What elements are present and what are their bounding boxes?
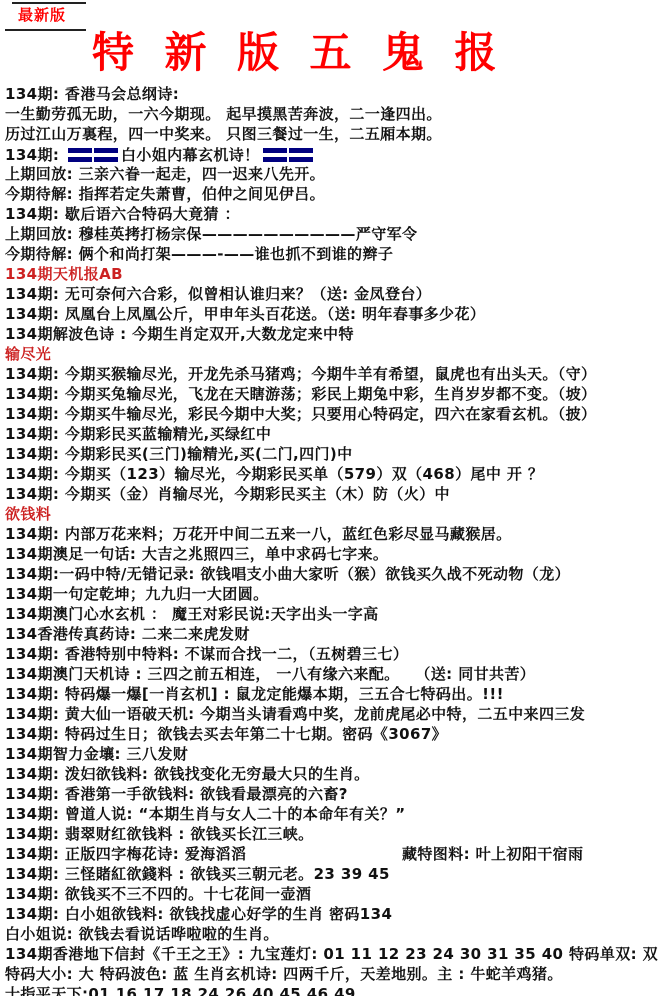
- section-heading: 134期天机报AB: [5, 264, 670, 284]
- report-line: 134期: 欲钱买不三不四的。十七花间一壶酒: [5, 884, 670, 904]
- report-line: 134期香港地下信封《千王之王》: 九宝莲灯: 01 11 12 23 24 3…: [5, 944, 670, 964]
- report-line: 134期一句定乾坤；九九归一大团圆。: [5, 584, 670, 604]
- report-line: 今期待解: 俩个和尚打架———-——谁也抓不到谁的辫子: [5, 244, 670, 264]
- report-line: 134期: 香港马会总纲诗:: [5, 84, 670, 104]
- section-heading: 输尽光: [5, 344, 670, 364]
- report-line: 特码大小: 大 特码波色: 蓝 生肖玄机诗: 四两千斤，天差地别。主 : 牛蛇羊…: [5, 964, 670, 984]
- report-line: 134期: 今期彩民买(三门)输精光,买(二门,四门)中: [5, 444, 670, 464]
- line-label: 白小姐内幕玄机诗！: [121, 146, 260, 164]
- report-line: 134期解波色诗 : 今期生肖定双开,大数龙定来中特: [5, 324, 670, 344]
- report-line: 今期待解: 指挥若定失萧曹，伯仲之间见伊吕。: [5, 184, 670, 204]
- report-line: 134期: 白小姐欲钱料: 欲钱找虚心好学的生肖 密码134: [5, 904, 670, 924]
- report-line: 134期: 香港第一手欲钱料: 欲钱看最漂亮的六畜?: [5, 784, 670, 804]
- report-body: 134期: 香港马会总纲诗:一生勤劳孤无助，一六今期现。 起早摸黑苦奔波，二一逢…: [5, 84, 670, 996]
- report-line: 134期: 香港特别中特料: 不谋而合找一二，（五树碧三七）: [5, 644, 670, 664]
- report-line: 一生勤劳孤无助，一六今期现。 起早摸黑苦奔波，二一逢四出。: [5, 104, 670, 124]
- report-line: 134期澳门天机诗 : 三四之前五相连， 一八有缘六来配。 （送: 同甘共苦）: [5, 664, 670, 684]
- report-line: 134期: 今期买牛输尽光，彩民今期中大奖；只要用心特码定，四六在家看玄机。（披…: [5, 404, 670, 424]
- report-line: 134期: 泼妇欲钱料: 欲钱找变化无穷最大只的生肖。: [5, 764, 670, 784]
- report-line: 上期回放: 穆桂英拷打杨宗保——————————严守军令: [5, 224, 670, 244]
- report-line: 134期: 白小姐内幕玄机诗！: [5, 144, 670, 164]
- report-line: 134期: 特码过生日；欲钱去买去年第二十七期。密码《3067》: [5, 724, 670, 744]
- report-line: 134期: 黄大仙一语破天机: 今期当头请看鸡中奖，龙前虎尾必中特，二五中来四三…: [5, 704, 670, 724]
- report-line: 134期: 今期彩民买蓝输精光,买绿红中: [5, 424, 670, 444]
- report-line: 历过江山万裏程，四一中奖来。 只图三餐过一生，二五厢本期。: [5, 124, 670, 144]
- latest-edition-badge: 最新版: [18, 4, 66, 25]
- report-line: 134期: 今期买（金）肖输尽光，今期彩民买主（木）防（火）中: [5, 484, 670, 504]
- report-line: 134期: 今期买猴输尽光，开龙先杀马猪鸡；今期牛羊有希望，鼠虎也有出头天。（守…: [5, 364, 670, 384]
- report-line: 134期: 今期买兔输尽光，飞龙在天瞎游荡；彩民上期兔中彩，生肖岁岁都不变。（坡…: [5, 384, 670, 404]
- report-line: 十指平天下:01 16 17 18 24 26 40 45 46 49。: [5, 984, 670, 996]
- line-right-text: 藏特图料: 叶上初阳干宿雨: [402, 844, 583, 864]
- five-ghost-report-page: 最新版 特 新 版 五 鬼 报 134期: 香港马会总纲诗:一生勤劳孤无助，一六…: [0, 0, 670, 996]
- report-line: 134期: 曾道人说: “本期生肖与女人二十的本命年有关？”: [5, 804, 670, 824]
- report-line: 134期: 翡翠财红欲钱料 : 欲钱买长江三峡。: [5, 824, 670, 844]
- report-line: 134期: 三怪賭紅欲錢料 : 欲钱买三朝元老。23 39 45: [5, 864, 670, 884]
- line-left-text: 134期: 正版四字梅花诗: 爱海滔滔: [5, 845, 246, 863]
- report-line: 134期智力金壤: 三八发财: [5, 744, 670, 764]
- report-line: 134香港传真药诗: 二来二来虎发财: [5, 624, 670, 644]
- report-line: 134期: 今期买（123）输尽光，今期彩民买单（579）双（468）尾中 开 …: [5, 464, 670, 484]
- line-prefix: 134期:: [5, 146, 65, 164]
- report-line: 134期: 凤凰台上凤凰公斤，甲申年头百花送。（送: 明年春事多少花）: [5, 304, 670, 324]
- report-line: 134期:一码中特/无错记录: 欲钱唱支小曲大家听（猴）欲钱买久战不死动物（龙）: [5, 564, 670, 584]
- report-line: 134期: 特码爆一爆[一肖玄机] : 鼠龙定能爆本期，三五合七特码出。!!!: [5, 684, 670, 704]
- double-bar-icon: [67, 144, 119, 164]
- report-line: 134期: 内部万花来料；万花开中间二五来一八，蓝红色彩尽显马藏猴居。: [5, 524, 670, 544]
- page-title: 特 新 版 五 鬼 报: [92, 20, 498, 80]
- report-line: 134期: 正版四字梅花诗: 爱海滔滔藏特图料: 叶上初阳干宿雨: [5, 844, 670, 864]
- double-bar-icon: [262, 144, 314, 164]
- report-header: 最新版 特 新 版 五 鬼 报: [0, 0, 670, 83]
- bottom-rule: [5, 29, 86, 31]
- report-line: 上期回放: 三亲六眷一起走，四一迟来八先开。: [5, 164, 670, 184]
- report-line: 134期澳足一句话: 大吉之兆照四三，单中求码七字来。: [5, 544, 670, 564]
- report-line: 134期: 无可奈何六合彩，似曾相认谁归来？（送: 金凤登台）: [5, 284, 670, 304]
- report-line: 白小姐说: 欲钱去看说话哗啦啦的生肖。: [5, 924, 670, 944]
- report-line: 134期澳门心水玄机 ： 魔王对彩民说:天字出头一字高: [5, 604, 670, 624]
- report-line: 134期: 歇后语六合特码大竟猜 ：: [5, 204, 670, 224]
- section-heading: 欲钱料: [5, 504, 670, 524]
